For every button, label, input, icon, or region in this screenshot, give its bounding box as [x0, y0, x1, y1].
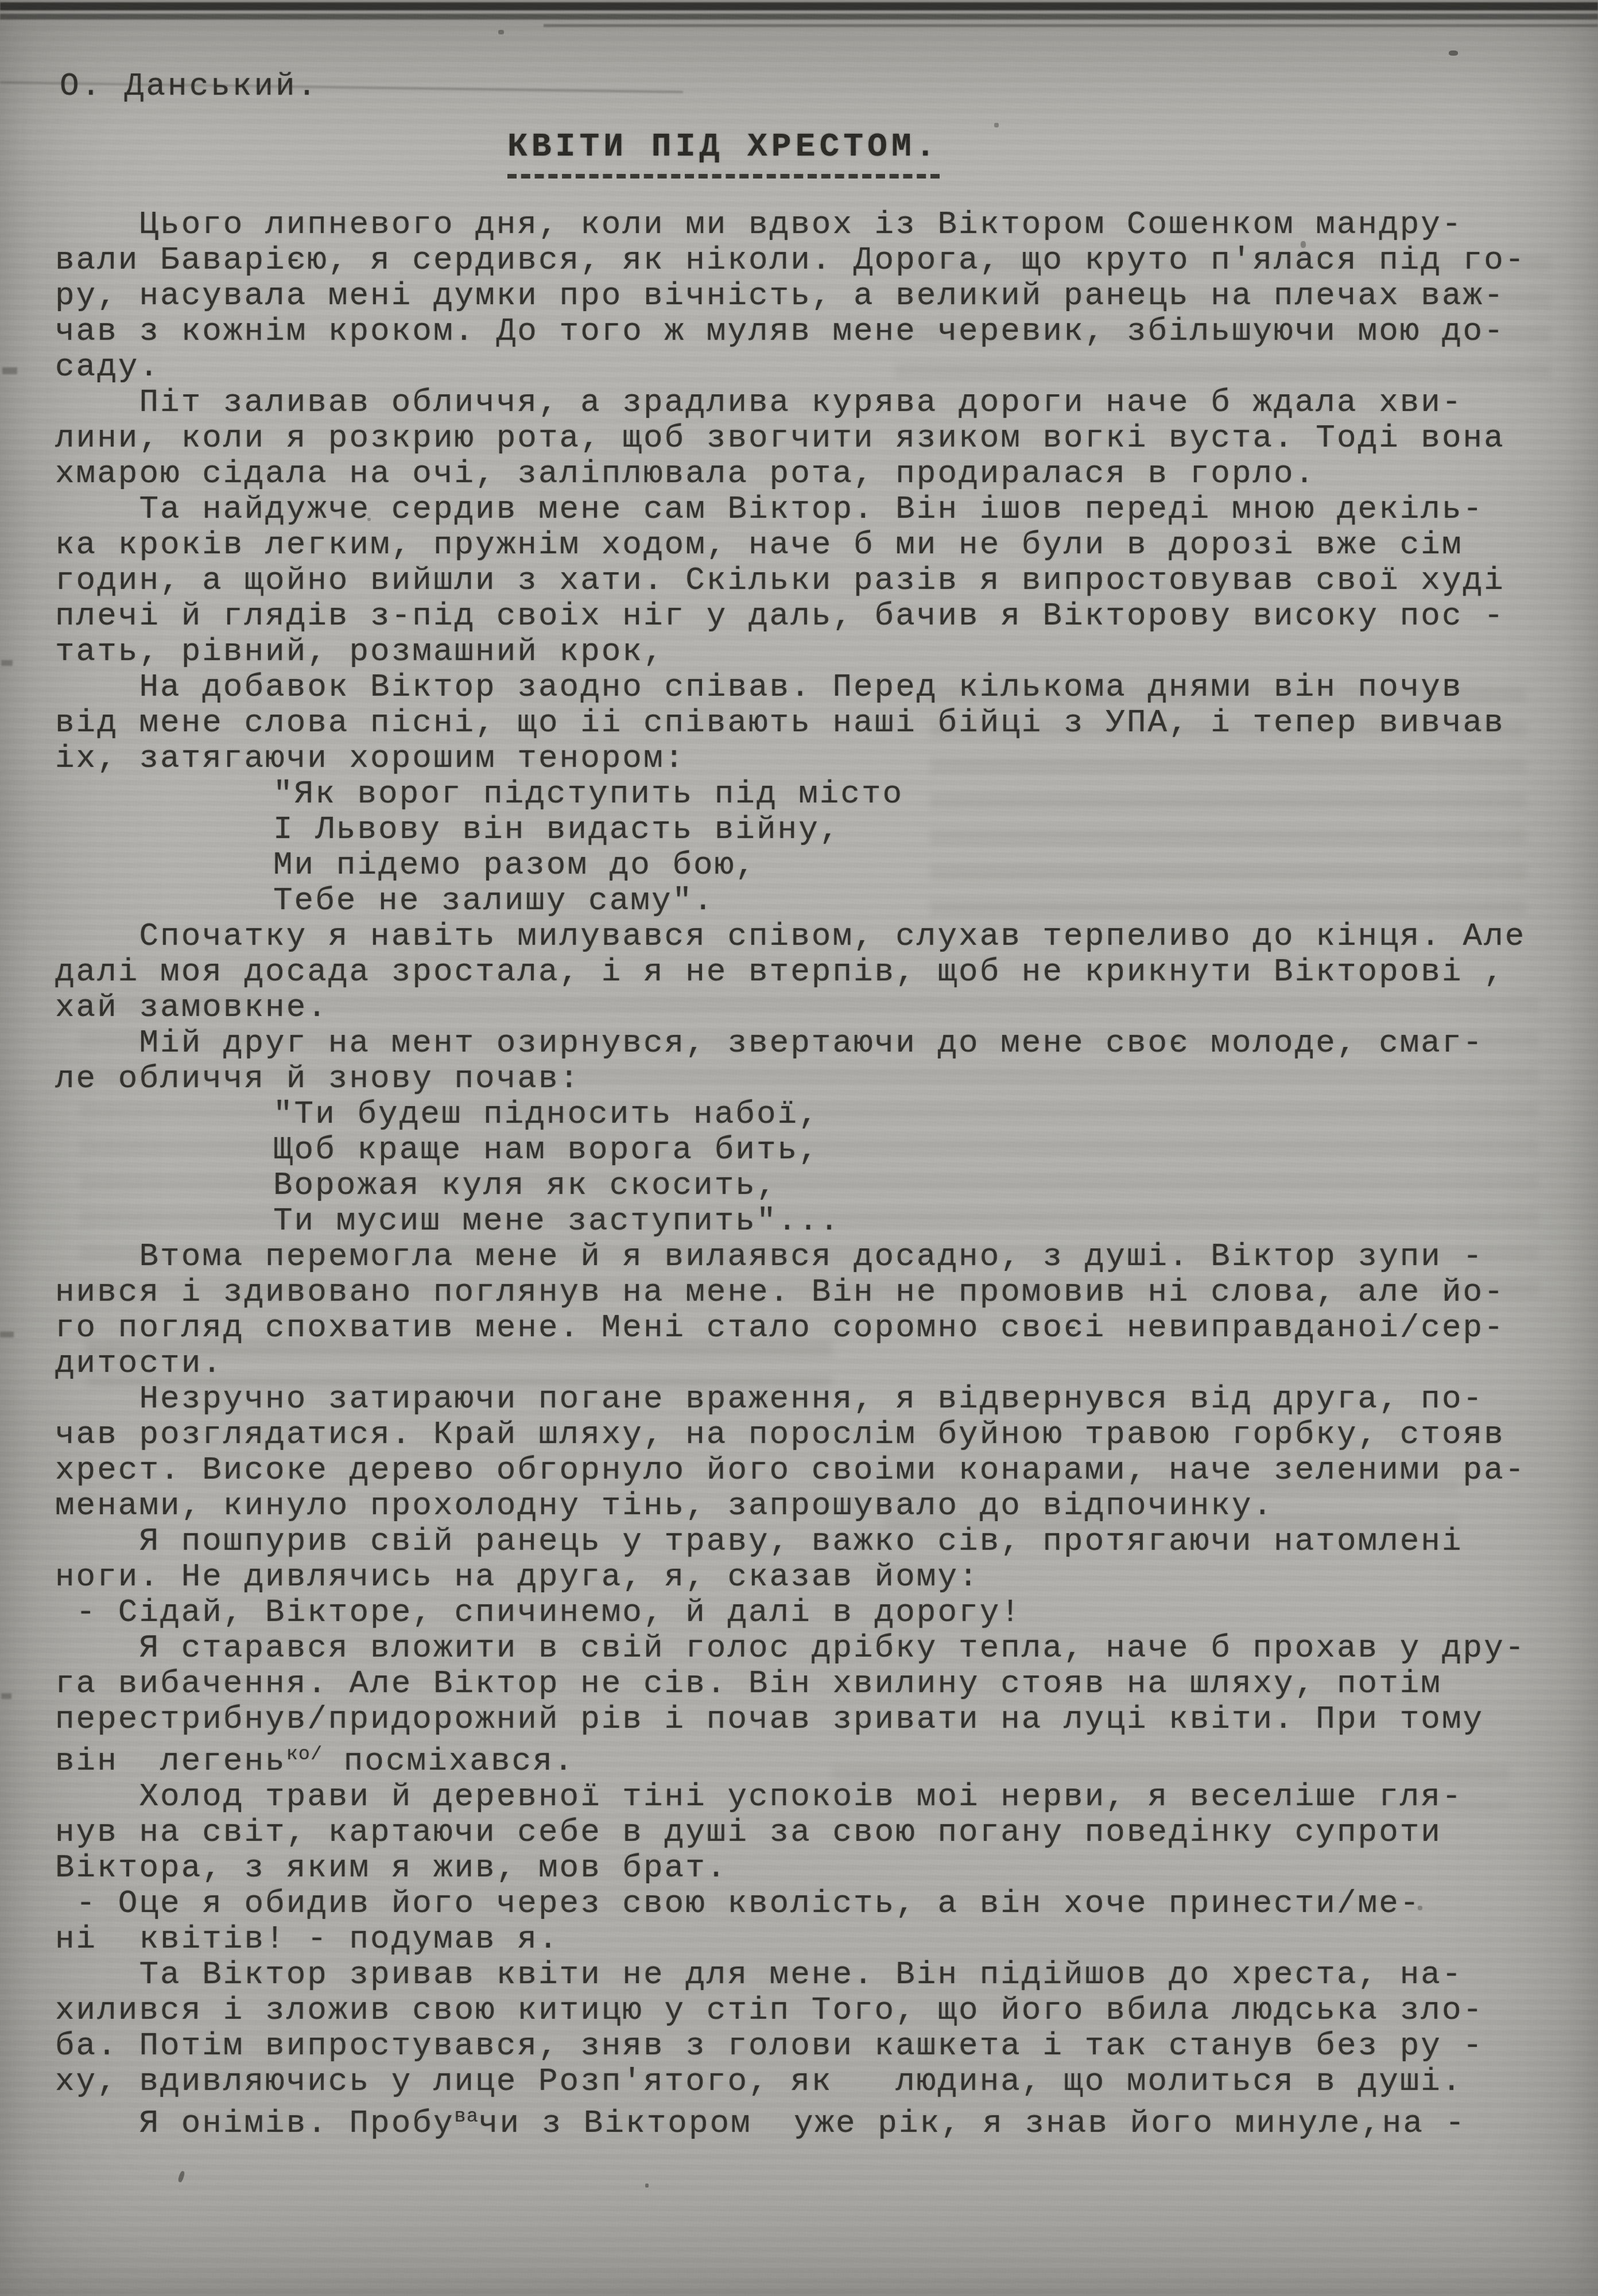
- text-line: Я онімів. Пробувачи з Віктором уже рік, …: [55, 2099, 1570, 2141]
- text-line: ху, вдивляючись у лице Розп'ятого, як лю…: [55, 2064, 1570, 2099]
- text-line: ні квітів! - подумав я.: [55, 1921, 1570, 1957]
- text-line: "Ти будеш підносить набої,: [273, 1096, 1570, 1132]
- text-line: хрест. Високе дерево обгорнуло його своі…: [55, 1452, 1570, 1488]
- text-line: "Як ворог підступить під місто: [273, 776, 1570, 812]
- edge-mark: [0, 1332, 14, 1337]
- text-line: Холод трави й деревної тіні успокоів моі…: [55, 1779, 1570, 1814]
- paragraph: - Оце я обидив його через свою кволість,…: [55, 1886, 1570, 1957]
- text-line: лини, коли я розкрию рота, щоб звогчити …: [55, 420, 1570, 456]
- speck: [498, 30, 504, 34]
- text-line: Щоб краще нам ворога бить,: [273, 1132, 1570, 1168]
- paragraph: Я онімів. Пробувачи з Віктором уже рік, …: [55, 2099, 1570, 2141]
- text-line: далі моя досада зростала, і я не втерпів…: [55, 954, 1570, 990]
- edge-mark: [1, 660, 13, 666]
- text-line: перестрибнув/придорожний рів і почав зри…: [55, 1701, 1570, 1737]
- paragraph: Втома перемогла мене й я вилаявся досадн…: [55, 1239, 1570, 1381]
- edge-mark: [2, 367, 17, 374]
- text-line: Ми підемо разом до бою,: [273, 847, 1570, 883]
- speck: [994, 123, 999, 127]
- text-line: іх, затягаючи хорошим тенором:: [55, 740, 1570, 776]
- page-title: КВІТИ ПІД ХРЕСТОМ.: [507, 129, 940, 179]
- text-line: чав розглядатися. Край шляху, на порослі…: [55, 1417, 1570, 1452]
- text-line: годин, а щойно вийшли з хати. Скільки ра…: [55, 563, 1570, 598]
- author-byline: О. Данський.: [60, 68, 319, 104]
- text-line: Втома перемогла мене й я вилаявся досадн…: [55, 1239, 1570, 1274]
- speck: [177, 2170, 185, 2182]
- scanner-streak: [0, 2, 1598, 10]
- text-line: нув на світ, картаючи себе в душі за сво…: [55, 1814, 1570, 1850]
- paragraph: Спочатку я навіть милувався співом, слух…: [55, 918, 1570, 1025]
- verse-block: "Ти будеш підносить набої,Щоб краще нам …: [273, 1096, 1570, 1239]
- paragraph: Мій друг на мент озирнувся, звертаючи до…: [55, 1025, 1570, 1096]
- text-line: Та найдужче сердив мене сам Віктор. Він …: [55, 491, 1570, 527]
- typed-insertion: ва: [455, 2106, 479, 2128]
- text-line: менами, кинуло прохолодну тінь, запрошув…: [55, 1488, 1570, 1523]
- text-line: тать, рівний, розмашний крок,: [55, 634, 1570, 669]
- text-line: Ти мусиш мене заступить"...: [273, 1203, 1570, 1239]
- text-line: Піт заливав обличчя, а зрадлива курява д…: [55, 385, 1570, 420]
- speck: [1449, 51, 1458, 56]
- text-line: ноги. Не дивлячись на друга, я, сказав й…: [55, 1559, 1570, 1595]
- text-line: - Оце я обидив його через свою кволість,…: [55, 1886, 1570, 1921]
- text-line: хилився і зложив свою китицю у стіп Того…: [55, 1992, 1570, 2028]
- paragraph: Холод трави й деревної тіні успокоів моі…: [55, 1779, 1570, 1886]
- edge-mark: [1, 1693, 11, 1699]
- text-line: га вибачення. Але Віктор не сів. Він хви…: [55, 1666, 1570, 1701]
- text-line: плечі й глядів з-під своіх ніг у даль, б…: [55, 598, 1570, 634]
- verse-block: "Як ворог підступить під містоІ Львову в…: [273, 776, 1570, 918]
- scanner-streak: [0, 14, 1598, 20]
- title-block: КВІТИ ПІД ХРЕСТОМ.: [507, 129, 940, 179]
- text-line: го погляд спохватив мене. Мені стало сор…: [55, 1310, 1570, 1345]
- scanner-streak: [544, 24, 1598, 27]
- paragraph: Та найдужче сердив мене сам Віктор. Він …: [55, 491, 1570, 669]
- typed-insertion: ко/: [286, 1744, 323, 1766]
- text-line: нився і здивовано поглянув на мене. Він …: [55, 1274, 1570, 1310]
- text-line: ру, насувала мені думки про вічність, а …: [55, 278, 1570, 313]
- speck: [645, 2183, 649, 2188]
- paragraph: Я пошпурив свій ранець у траву, важко сі…: [55, 1523, 1570, 1595]
- text-line: Ворожая куля як скосить,: [273, 1168, 1570, 1203]
- text-line: ба. Потім випростувався, зняв з голови к…: [55, 2028, 1570, 2064]
- text-line: Незручно затираючи погане враження, я ві…: [55, 1381, 1570, 1417]
- text-line: дитости.: [55, 1345, 1570, 1381]
- paragraph: Та Віктор зривав квіти не для мене. Він …: [55, 1957, 1570, 2099]
- text-line: він легенько/ посміхався.: [55, 1737, 1570, 1779]
- text-line: Мій друг на мент озирнувся, звертаючи до…: [55, 1025, 1570, 1061]
- paragraph: На добавок Віктор заодно співав. Перед к…: [55, 669, 1570, 776]
- text-line: саду.: [55, 349, 1570, 385]
- text-line: Цього липневого дня, коли ми вдвох із Ві…: [55, 207, 1570, 242]
- text-line: - Сідай, Вікторе, спичинемо, й далі в до…: [55, 1595, 1570, 1630]
- text-line: від мене слова пісні, що іі співають наш…: [55, 705, 1570, 740]
- text-line: Віктора, з яким я жив, мов брат.: [55, 1850, 1570, 1886]
- text-line: І Львову він видасть війну,: [273, 812, 1570, 847]
- text-line: Та Віктор зривав квіти не для мене. Він …: [55, 1957, 1570, 1992]
- paragraph: Незручно затираючи погане враження, я ві…: [55, 1381, 1570, 1523]
- paragraph: Цього липневого дня, коли ми вдвох із Ві…: [55, 207, 1570, 385]
- body-text: Цього липневого дня, коли ми вдвох із Ві…: [55, 207, 1570, 2142]
- paragraph: Я старався вложити в свій голос дрібку т…: [55, 1630, 1570, 1779]
- text-line: чав з кожнім кроком. До того ж муляв мен…: [55, 313, 1570, 349]
- text-line: Тебе не залишу саму".: [273, 883, 1570, 918]
- text-line: На добавок Віктор заодно співав. Перед к…: [55, 669, 1570, 705]
- text-line: ле обличчя й знову почав:: [55, 1061, 1570, 1096]
- text-line: вали Баварією, я сердився, як ніколи. До…: [55, 242, 1570, 278]
- scanned-page: О. Данський. КВІТИ ПІД ХРЕСТОМ. Цього ли…: [0, 0, 1598, 2296]
- text-line: ка кроків легким, пружнім ходом, наче б …: [55, 527, 1570, 563]
- paragraph: - Сідай, Вікторе, спичинемо, й далі в до…: [55, 1595, 1570, 1630]
- text-line: Спочатку я навіть милувався співом, слух…: [55, 918, 1570, 954]
- text-line: Я старався вложити в свій голос дрібку т…: [55, 1630, 1570, 1666]
- text-line: хмарою сідала на очі, заліплювала рота, …: [55, 456, 1570, 491]
- text-line: Я пошпурив свій ранець у траву, важко сі…: [55, 1523, 1570, 1559]
- paragraph: Піт заливав обличчя, а зрадлива курява д…: [55, 385, 1570, 491]
- text-line: хай замовкне.: [55, 990, 1570, 1025]
